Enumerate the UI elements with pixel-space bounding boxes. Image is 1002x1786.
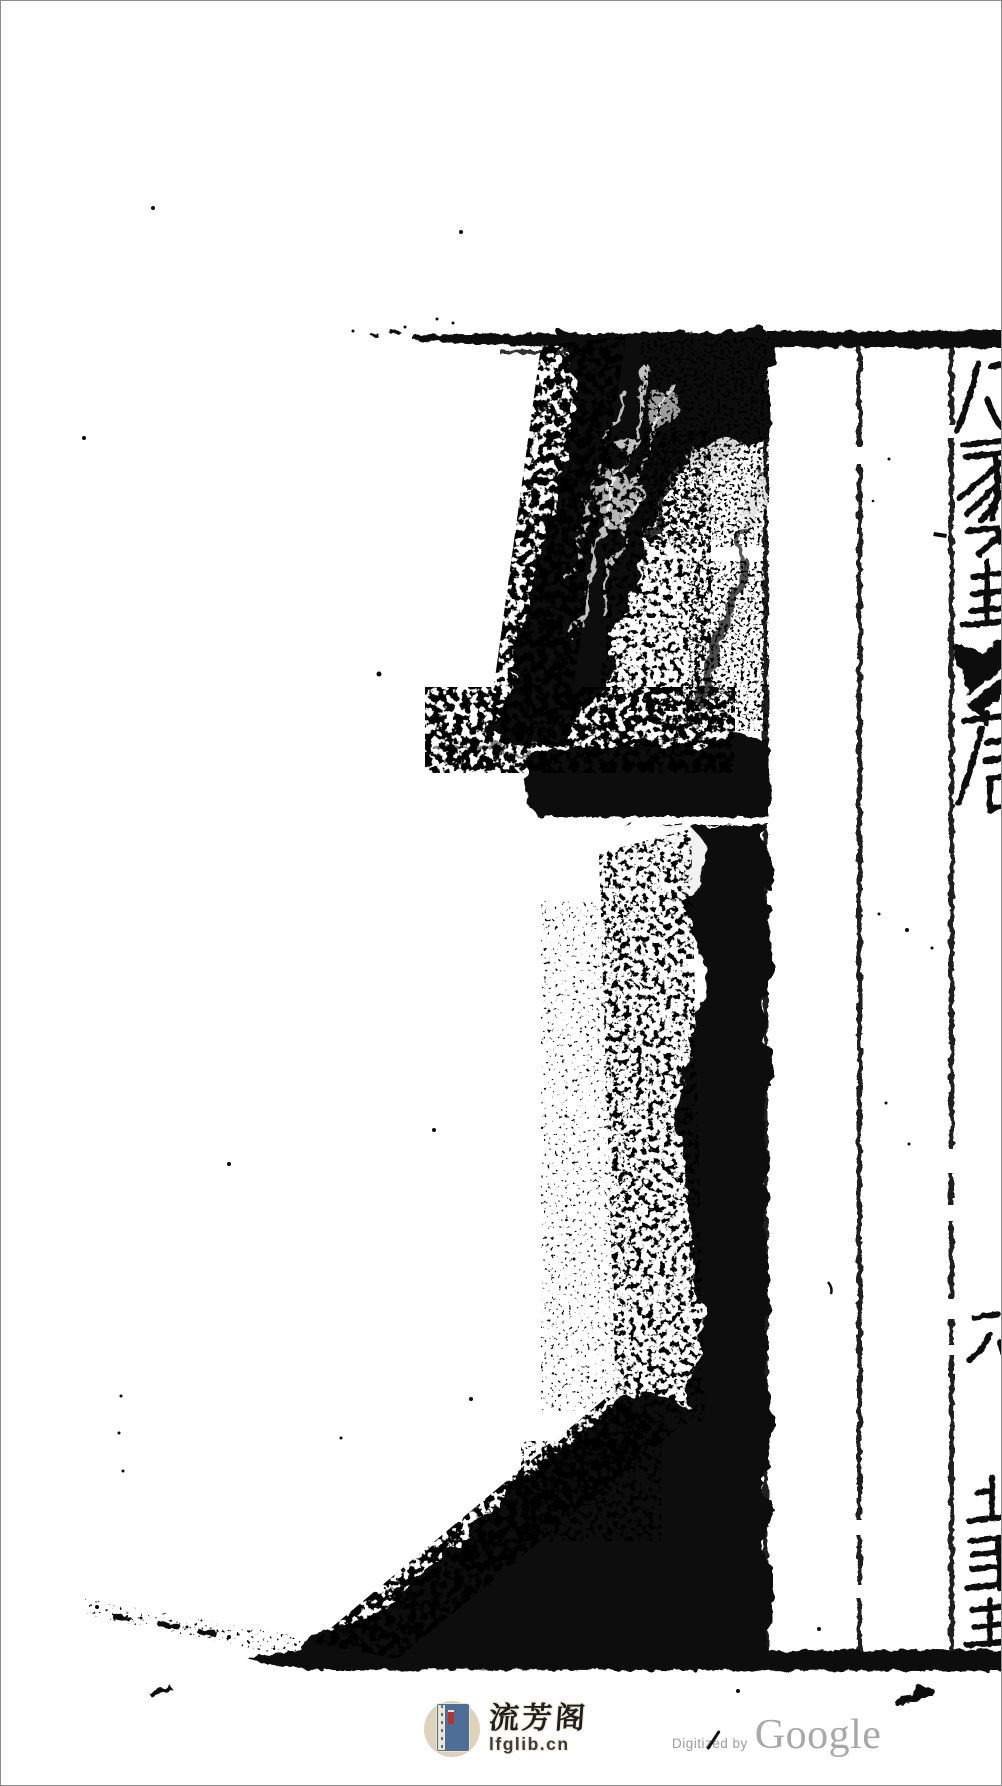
google-logo-text: Google [755, 1717, 882, 1755]
ink-specks [82, 206, 947, 1693]
colophon-glyphs [967, 1477, 1002, 1645]
ink-scan-artwork [1, 1, 1002, 1786]
lfglib-name-text: 流芳阁 [488, 1704, 589, 1734]
title-column-glyphs [955, 363, 1002, 811]
column-rule-right [949, 333, 954, 1665]
scanned-page: 流芳阁 lfglib.cn Digitized by Google [0, 0, 1002, 1786]
ink-smudge-mass [297, 332, 771, 1663]
google-watermark: Digitized by Google [672, 1717, 881, 1755]
lfglib-watermark-text: 流芳阁 lfglib.cn [489, 1704, 588, 1754]
stray-dash [148, 1685, 173, 1697]
mid-margin-glyph [969, 1314, 1002, 1360]
stray-check-blot [899, 1689, 936, 1706]
lfglib-logo-circle [424, 1701, 480, 1757]
book-icon [437, 1704, 469, 1751]
book-spine-stitching [438, 1705, 445, 1750]
lfglib-domain-text: lfglib.cn [489, 1736, 588, 1754]
lfglib-watermark: 流芳阁 lfglib.cn [424, 1701, 588, 1757]
column-rule-mid [857, 333, 862, 1665]
book-title-seal [448, 1710, 454, 1724]
